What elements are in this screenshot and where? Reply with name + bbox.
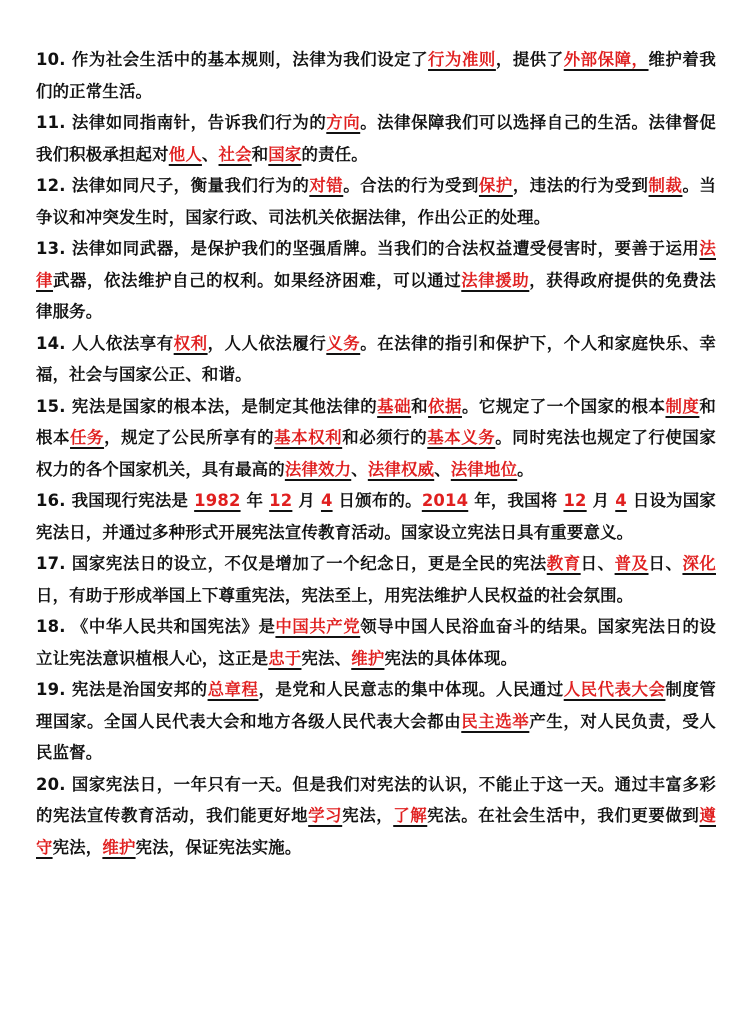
- paragraph-text: 武器，依法维护自己的权利。如果经济困难，可以通过: [53, 271, 461, 290]
- paragraph-item-19: 19. 宪法是治国安邦的总章程，是党和人民意志的集中体现。人民通过人民代表大会制…: [36, 674, 716, 769]
- paragraph-text: 。: [517, 460, 534, 479]
- keyword-answer: 2014: [422, 491, 468, 510]
- paragraph-text: 宪法，: [53, 838, 103, 857]
- paragraph-item-14: 14. 人人依法享有权利，人人依法履行义务。在法律的指引和保护下，个人和家庭快乐…: [36, 328, 716, 391]
- paragraph-text: 16. 我国现行宪法是: [36, 491, 194, 510]
- paragraph-text: 19. 宪法是治国安邦的: [36, 680, 208, 699]
- keyword-answer: 维护: [351, 649, 384, 668]
- keyword-answer: 民主选举: [461, 712, 529, 731]
- paragraph-text: 日颁布的。: [333, 491, 422, 510]
- keyword-answer: 权利: [174, 334, 208, 353]
- paragraph-text: 14. 人人依法享有: [36, 334, 174, 353]
- keyword-answer: 了解: [393, 806, 427, 825]
- keyword-answer: 法律效力: [285, 460, 351, 479]
- paragraph-text: ，规定了公民所享有的: [104, 428, 274, 447]
- paragraph-item-16: 16. 我国现行宪法是 1982 年 12 月 4 日颁布的。2014 年，我国…: [36, 485, 716, 548]
- keyword-answer: 依据: [428, 397, 462, 416]
- keyword-answer: 基本权利: [274, 428, 342, 447]
- paragraph-text: ，违法的行为受到: [513, 176, 649, 195]
- keyword-answer: 忠于: [268, 649, 301, 668]
- paragraph-text: 年: [241, 491, 270, 510]
- paragraph-text: 和必须行的: [342, 428, 427, 447]
- paragraph-text: 日，有助于形成举国上下尊重宪法，宪法至上，用宪法维护人民权益的社会氛围。: [36, 586, 633, 605]
- keyword-answer: 行为准则: [428, 50, 496, 69]
- keyword-answer: 保护: [479, 176, 513, 195]
- keyword-answer: 维护: [102, 838, 135, 857]
- keyword-answer: 中国共产党: [275, 617, 360, 636]
- paragraph-item-12: 12. 法律如同尺子，衡量我们行为的对错。合法的行为受到保护，违法的行为受到制裁…: [36, 170, 716, 233]
- keyword-answer: 基本义务: [427, 428, 495, 447]
- paragraph-text: 日、: [649, 554, 683, 573]
- paragraph-text: 宪法，: [342, 806, 393, 825]
- paragraph-item-11: 11. 法律如同指南针，告诉我们行为的方向。法律保障我们可以选择自己的生活。法律…: [36, 107, 716, 170]
- keyword-answer: 方向: [326, 113, 360, 132]
- paragraph-text: 和: [252, 145, 269, 164]
- paragraph-text: ，是党和人民意志的集中体现。人民通过: [258, 680, 563, 699]
- keyword-answer: 教育: [547, 554, 581, 573]
- paragraph-item-15: 15. 宪法是国家的根本法，是制定其他法律的基础和依据。它规定了一个国家的根本制…: [36, 391, 716, 486]
- document-page: 10. 作为社会生活中的基本规则，法律为我们设定了行为准则，提供了外部保障，维护…: [36, 44, 716, 863]
- paragraph-text: 宪法、: [301, 649, 351, 668]
- keyword-answer: 法律地位: [451, 460, 517, 479]
- paragraph-text: 15. 宪法是国家的根本法，是制定其他法律的: [36, 397, 377, 416]
- paragraph-text: 宪法的具体体现。: [384, 649, 517, 668]
- keyword-answer: 深化: [682, 554, 716, 573]
- paragraph-text: 宪法。在社会生活中，我们更要做到: [427, 806, 699, 825]
- paragraph-text: 和: [411, 397, 428, 416]
- keyword-answer: 普及: [615, 554, 649, 573]
- paragraph-text: 18. 《中华人民共和国宪法》是: [36, 617, 275, 636]
- paragraph-text: 。它规定了一个国家的根本: [462, 397, 666, 416]
- paragraph-text: 10. 作为社会生活中的基本规则，法律为我们设定了: [36, 50, 428, 69]
- paragraph-text: 月: [292, 491, 321, 510]
- keyword-answer: 1982: [194, 491, 240, 510]
- keyword-answer: 制度: [665, 397, 699, 416]
- paragraph-item-17: 17. 国家宪法日的设立，不仅是增加了一个纪念日，更是全民的宪法教育日、普及日、…: [36, 548, 716, 611]
- paragraph-text: 年，我国将: [468, 491, 563, 510]
- keyword-answer: 国家: [268, 145, 301, 164]
- paragraph-text: 月: [587, 491, 616, 510]
- paragraph-text: 、: [434, 460, 451, 479]
- keyword-answer: 12: [563, 491, 586, 510]
- paragraph-text: ，提供了: [496, 50, 564, 69]
- keyword-answer: 制裁: [649, 176, 683, 195]
- keyword-answer: 对错: [309, 176, 343, 195]
- paragraph-text: ，人人依法履行: [208, 334, 327, 353]
- keyword-answer: 义务: [326, 334, 360, 353]
- keyword-answer: 基础: [377, 397, 411, 416]
- paragraph-text: 。合法的行为受到: [343, 176, 479, 195]
- paragraph-text: 17. 国家宪法日的设立，不仅是增加了一个纪念日，更是全民的宪法: [36, 554, 547, 573]
- keyword-answer: 法律援助: [461, 271, 529, 290]
- keyword-answer: 法律权威: [368, 460, 434, 479]
- keyword-answer: 社会: [219, 145, 252, 164]
- keyword-answer: 4: [321, 491, 333, 510]
- keyword-answer: 人民代表大会: [564, 680, 666, 699]
- paragraph-text: 、: [351, 460, 368, 479]
- paragraph-text: 11. 法律如同指南针，告诉我们行为的: [36, 113, 326, 132]
- paragraph-text: 宪法，保证宪法实施。: [136, 838, 302, 857]
- keyword-answer: 4: [615, 491, 627, 510]
- paragraph-text: 日、: [581, 554, 615, 573]
- paragraph-text: 、: [202, 145, 219, 164]
- keyword-answer: 外部保障，: [564, 50, 649, 69]
- paragraph-text: 的责任。: [301, 145, 367, 164]
- paragraph-text: 12. 法律如同尺子，衡量我们行为的: [36, 176, 309, 195]
- keyword-answer: 他人: [169, 145, 202, 164]
- keyword-answer: 学习: [308, 806, 342, 825]
- keyword-answer: 12: [269, 491, 292, 510]
- paragraph-item-18: 18. 《中华人民共和国宪法》是中国共产党领导中国人民浴血奋斗的结果。国家宪法日…: [36, 611, 716, 674]
- paragraph-text: 13. 法律如同武器，是保护我们的坚强盾牌。当我们的合法权益遭受侵害时，要善于运…: [36, 239, 699, 258]
- keyword-answer: 总章程: [208, 680, 259, 699]
- paragraph-item-20: 20. 国家宪法日，一年只有一天。但是我们对宪法的认识，不能止于这一天。通过丰富…: [36, 769, 716, 864]
- paragraph-item-10: 10. 作为社会生活中的基本规则，法律为我们设定了行为准则，提供了外部保障，维护…: [36, 44, 716, 107]
- paragraph-item-13: 13. 法律如同武器，是保护我们的坚强盾牌。当我们的合法权益遭受侵害时，要善于运…: [36, 233, 716, 328]
- keyword-answer: 任务: [70, 428, 104, 447]
